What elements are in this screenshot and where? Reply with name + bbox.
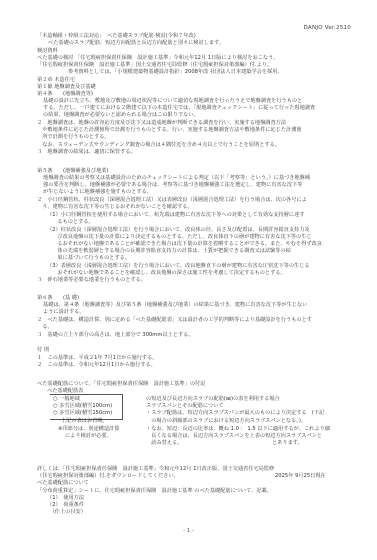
paragraph-line: り、建物に有害な沈下等の生じるおそれがないことを確認する。: [37, 204, 193, 211]
footer-list-item: （2） 荷重条件: [47, 502, 84, 509]
left-note: ※印部分は、別途構造計算: [58, 426, 119, 433]
rebar-intro: べた基礎配筋について、「住宅瑕疵担保責任保険 設計施工基準」の付記: [37, 381, 205, 388]
list-item-line: （3）表層改良（浅層混合処理工法）を行う場合において、改良地盤直下の層が建物に有…: [47, 263, 310, 270]
footer-list-item: （仕上の目安）: [47, 509, 86, 516]
paragraph-line: 基礎の設計に先立ち、敷地及び敷地の周辺状況等について適切な現地調査を行ったうえで…: [43, 98, 302, 105]
region-item: ○ 多雪区域(積雪150cm): [53, 410, 112, 417]
left-note: 上記の表はお省略。: [61, 418, 108, 425]
list-item-line: るものとする。: [47, 219, 94, 226]
paragraph-line: する。ただし、一戸建てにおける２階建て以下の木造住宅では、「現地調査チェックシー…: [43, 105, 315, 112]
as-of-date: 2025年 9月25日現在: [275, 473, 326, 480]
left-note: により検討が必要。: [65, 433, 112, 440]
document-title: 「木造軸組・枠組工法対応」 べた基礎スラブ配筋 検討(令和７年改): [37, 33, 196, 40]
rebar-note-line: 読み替える。: [146, 440, 182, 447]
footer-list-item: （1） 使用方法: [47, 495, 84, 502]
rebar-note-tail: とあります。: [272, 440, 303, 447]
paragraph-line: ３ 地盤調査の結果は、適切に保管する。: [37, 149, 136, 156]
list-item-line: （2）柱状改良（深層混合処理工法）を行う場合において、改良体の径、長さ及び配置は…: [47, 227, 310, 234]
rebar-note-line: の場合の斜線部のスラブにおける短辺方向スラブスパンとなる。)。: [146, 418, 306, 425]
section-title: 第１節 地盤調査及び基礎: [37, 84, 96, 91]
list-item-line: るおそれがない地盤であることが確認できた場合は沈下量の計算を省略することができる…: [47, 241, 322, 248]
paragraph-line: なお、スウェーデン式サウンディング調査の場合は４隅付近を含め４点以上で行うことを…: [37, 142, 280, 149]
footer-note: 「分布荷重算定」シートに、住宅瑕疵担保責任保険 設計施工基準 のべた基礎配筋につ…: [37, 488, 272, 495]
paragraph-line: ２ 地盤調査は、地盤の許容応力度及び沈下又は造成地盤が判断できる調査を行い、実施…: [37, 120, 286, 127]
paragraph-line: 地盤調査の結果の考察又は基礎設計のためのチェックシートによる判定（以下「考察等」…: [43, 175, 310, 182]
paragraph-line: ように設計する。: [43, 309, 85, 316]
region-item: ○ 多雪区域(積雪100cm): [53, 403, 112, 410]
rebar-note-line: ・なお、短辺：長辺の比率は、概ね 1.0 ： 1.5 以下に適用するが、これより…: [146, 426, 330, 433]
paragraph-line: ２ 小口径鋼管杭、柱状改良（深層混合処理工法）又は表層改良（浅層混合処理工法）を…: [37, 197, 307, 204]
paragraph-line: る。: [37, 324, 53, 331]
rebar-note-line: スラブスパンとその配筋について: [146, 403, 224, 410]
paragraph-line: 基礎は、第４条（地盤調査等）及び第５条（地盤補強及び地業）の結果に基づき、建物に…: [43, 302, 307, 309]
paragraph-line: や敷地条件に応じた計測箇所で計測を行うものとする。行い、実施する地盤調査方法や敷…: [37, 127, 302, 134]
paragraph-line: ３ 基礎の立上り部分の高さは、地上部分で 300mm以上とする。: [37, 332, 194, 339]
list-item-line: 果に基づいて行うものとする。: [47, 255, 130, 262]
document-subtitle: べた基礎のスラブ配筋、短辺方向配筋と長辺方向配筋と別々に検討します。: [48, 40, 224, 47]
footer-note: 詳しくは、「住宅瑕疵担保責任保険 設計施工基準」令和元年12月 1日改正版、国土…: [37, 466, 274, 473]
supplementary-item: １ この基準は、平成２1年 7月1日から施行する。: [37, 355, 158, 362]
paragraph-line: 強の要否を判断し、地盤補強が必要である場合は、考察等に基づき地盤補強工法を選定し…: [43, 182, 302, 189]
rebar-note-line: の短辺及び長辺方向スラブの配筋(㎜)の表を利用する場合: [146, 396, 280, 403]
version-label: DANJO Ver.2510: [304, 25, 351, 31]
rebar-note-line: 長くなる場合は、長辺方向スラブスパンを上表の短辺方向スラブスパンと: [146, 433, 322, 440]
article-6-heading: 第６条 (基 礎): [37, 295, 79, 302]
rebar-note-line: ・スラブ配筋は、短辺方向スラブスパンが最大のものにより決定する (下記: [146, 410, 324, 417]
paragraph-line: が生じないように地盤補強を施すものとする。: [43, 189, 152, 196]
sources-heading: 検討資料: [37, 48, 58, 55]
chapter-title: 第２章 木造住宅: [37, 77, 75, 84]
article-4-heading: 第４条 (地盤調査等): [37, 91, 93, 98]
paragraph-line: の結果、地盤調査が必要ないと認められる場合はこの限りでない。: [43, 112, 199, 119]
paragraph-line: ２ べた基礎は、構造計算、別に定める「べた基礎配筋表」又は設計者の工学的判断等に…: [37, 317, 312, 324]
sources-line: べた基礎の検討 「住宅瑕疵担保責任保険 設計施工基準」令和元年12月 1日版によ…: [37, 55, 278, 62]
paragraph-line: ３ 砕石地業等必要な地業を行うものとする。: [37, 277, 146, 284]
list-item-line: （1）小口径鋼管杭を使用する場合において、杭先端は建物に有害な沈下等への対策とし…: [47, 212, 304, 219]
paragraph-line: 所で計測を行うものとする。: [37, 134, 110, 141]
list-item-line: おそれがない地盤であることを確認し、改良地盤の深さは施工性を考慮して決定するもの…: [47, 270, 286, 277]
page-number: - 1 -: [0, 528, 377, 534]
footer-note: べた基礎配筋について: [37, 480, 89, 487]
supplementary-item: ２ この基準は、令和元年12月1日から施行する。: [37, 362, 156, 369]
document-page: DANJO Ver.2510 「木造軸組・枠組工法対応」 べた基礎スラブ配筋 検…: [0, 0, 377, 560]
article-5-heading: 第５条 (地盤補強及び地業): [37, 168, 109, 175]
region-item: ○ 一般地域: [53, 396, 80, 403]
list-item-line: び改良地盤の沈下量の計算により決定するものとする。ただし、改良体直下の層が建物に…: [47, 234, 312, 241]
supplementary-heading: 付 則: [37, 347, 49, 354]
sources-line: 参考資料としては、「小規模建築物基礎設計指針」2008年改 社団法人日本建築学会…: [68, 69, 283, 76]
sources-line: 「住宅瑕疵担保責任保険 設計施工基準」国土交通省住宅局監修（住宅瑕疵担保対策部編…: [37, 62, 272, 69]
footer-note: （住宅瑕疵担保対策部編）付.をダウンロードしてください。: [37, 473, 179, 480]
list-item-line: 体の先端を軟弱層とする場合の長期許容鉛直支持力の計算は、土質が把握できる調査又は…: [47, 248, 291, 255]
